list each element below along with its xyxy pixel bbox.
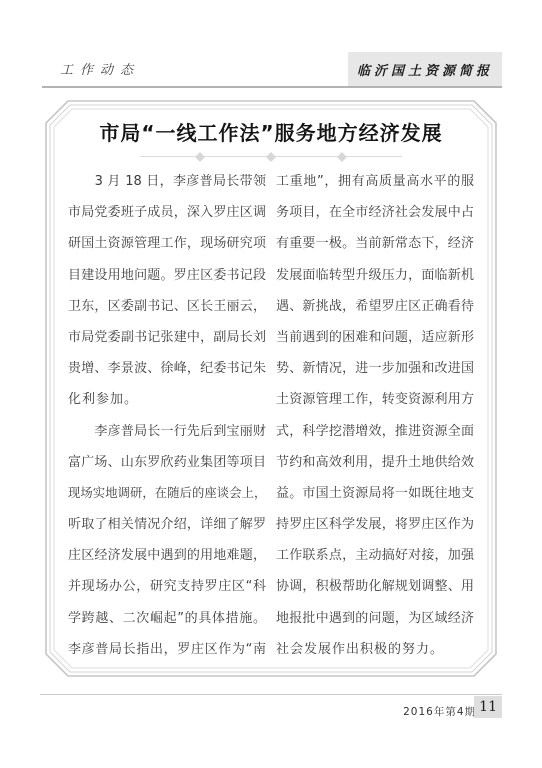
text-line: 目建设用地问题。罗庄区委书记段 [68,260,266,291]
text-line: 势、新情况，进一步加强和改进国 [276,353,474,384]
page-number-badge: 11 [474,696,502,718]
section-label: 工作动态 [60,59,140,78]
text-line: 研国土资源管理工作，现场研究项 [68,228,266,259]
text-line: 持罗庄区科学发展，将罗庄区作为 [276,509,474,540]
text-line: 庄区经济发展中遇到的用地难题， [68,540,266,571]
text-line: 协调，积极帮助化解规划调整、用 [276,571,474,602]
text-column-right: 工重地”，拥有高质量高水平的服务项目，在全市经济社会发展中占有重要一极。当前新常… [276,166,474,665]
masthead-title: 临沂国土资源简报 [348,52,502,87]
text-line: 当前遇到的困难和问题，适应新形 [276,322,474,353]
issue-label: 2016年第4期 [403,704,476,719]
text-line: 3 月 18 日，李彦普局长带领 [68,166,266,197]
text-line: 式，科学挖潜增效，推进资源全面 [276,416,474,447]
text-line: 现场实地调研，在随后的座谈会上， [68,478,266,509]
text-line: 有重要一极。当前新常态下，经济 [276,228,474,259]
text-line: 并现场办公，研究支持罗庄区“科 [68,571,266,602]
bulletin-page: 工作动态 临沂国土资源简报 市局“一线工作法”服务地方经济发展 3 月 18 日… [0,0,542,768]
text-line: 土资源管理工作，转变资源利用方 [276,384,474,415]
text-line: 学跨越、二次崛起”的具体措施。 [68,603,266,634]
text-line: 节约和高效利用，提升土地供给效 [276,447,474,478]
text-line: 听取了相关情况介绍，详细了解罗 [68,509,266,540]
header-divider [42,86,502,88]
text-line: 李彦普局长一行先后到宝丽财 [68,416,266,447]
text-column-left: 3 月 18 日，李彦普局长带领市局党委班子成员，深入罗庄区调研国土资源管理工作… [68,166,266,665]
article-frame: 市局“一线工作法”服务地方经济发展 3 月 18 日，李彦普局长带领市局党委班子… [45,100,497,677]
text-line: 贵增、李景波、徐峰，纪委书记朱 [68,353,266,384]
title-divider [140,156,402,157]
text-line: 遇、新挑战，希望罗庄区正确看待 [276,291,474,322]
text-line: 社会发展作出积极的努力。 [276,634,474,665]
text-line: 务项目，在全市经济社会发展中占 [276,197,474,228]
text-line: 化利参加。 [68,384,266,415]
text-line: 地报批中遇到的问题，为区域经济 [276,603,474,634]
footer-divider [40,694,502,695]
text-line: 富广场、山东罗欣药业集团等项目 [68,447,266,478]
text-line: 市局党委班子成员，深入罗庄区调 [68,197,266,228]
text-line: 市局党委副书记张建中，副局长刘 [68,322,266,353]
article-title: 市局“一线工作法”服务地方经济发展 [45,100,497,146]
text-line: 工重地”，拥有高质量高水平的服 [276,166,474,197]
text-line: 李彦普局长指出，罗庄区作为“南 [68,634,266,665]
text-line: 卫东，区委副书记、区长王丽云， [68,291,266,322]
text-line: 益。市国土资源局将一如既往地支 [276,478,474,509]
article-body: 3 月 18 日，李彦普局长带领市局党委班子成员，深入罗庄区调研国土资源管理工作… [68,166,474,665]
text-line: 工作联系点，主动搞好对接，加强 [276,540,474,571]
text-line: 发展面临转型升级压力，面临新机 [276,260,474,291]
